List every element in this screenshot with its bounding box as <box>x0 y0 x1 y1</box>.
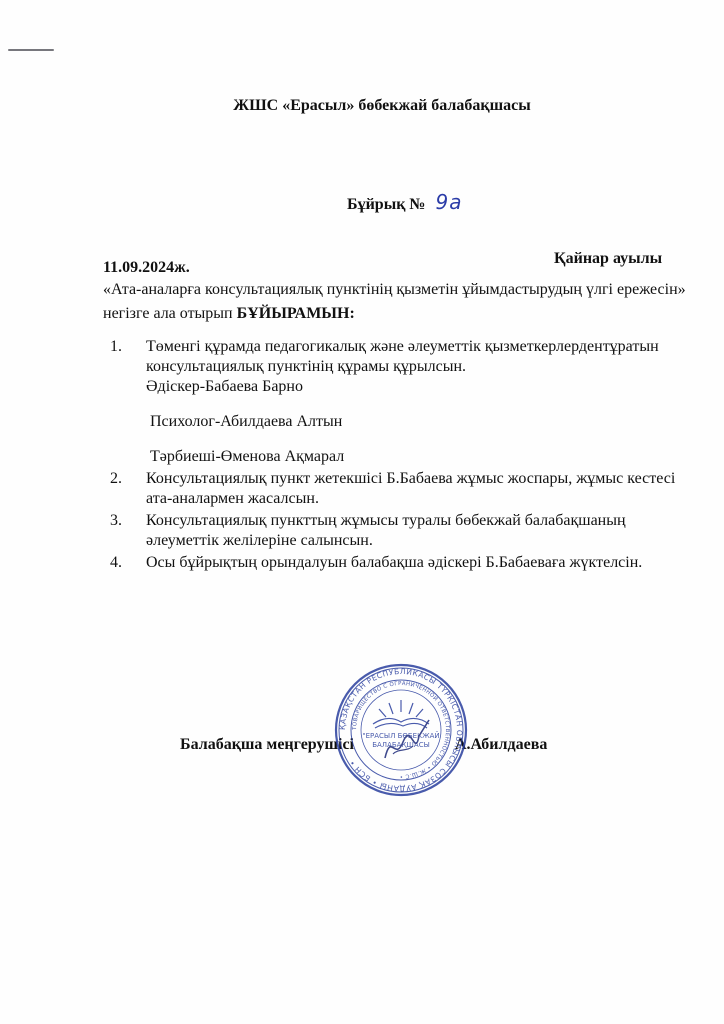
organization-title: ЖШС «Ерасыл» бөбекжай балабақшасы <box>0 97 724 115</box>
scan-artifact-line <box>8 49 54 51</box>
order-heading: Бұйрық № 9а <box>347 190 462 214</box>
order-number-handwritten: 9а <box>435 190 462 214</box>
document-page: ЖШС «Ерасыл» бөбекжай балабақшасы Бұйрық… <box>0 0 724 1024</box>
svg-text:"ЕРАСЫЛ БӨБЕКЖАЙ: "ЕРАСЫЛ БӨБЕКЖАЙ <box>362 731 439 740</box>
item-number: 4. <box>110 553 122 573</box>
staff-list: Әдіскер-Бабаева Барно Психолог-Абилдаева… <box>110 377 690 467</box>
preamble-text: «Ата-аналарға консультациялық пунктінің … <box>103 281 686 322</box>
item-number: 3. <box>110 511 122 531</box>
preamble: «Ата-аналарға консультациялық пунктінің … <box>103 278 693 326</box>
item-text: Консультациялық пункттың жұмысы туралы б… <box>146 512 626 549</box>
order-item: 1. Төменгі құрамда педагогикалық және әл… <box>110 337 690 377</box>
official-stamp-icon: ҚАЗАҚСТАН РЕСПУБЛИКАСЫ ТҮРКІСТАН ОБЛЫСЫ … <box>333 662 469 798</box>
order-date: 11.09.2024ж. <box>103 259 190 277</box>
item-text: Төменгі құрамда педагогикалық және әлеум… <box>146 338 659 375</box>
svg-text:ТОВАРИЩЕСТВО С ОГРАНИЧЕННОЙ ОТ: ТОВАРИЩЕСТВО С ОГРАНИЧЕННОЙ ОТВЕТСТВЕННО… <box>352 681 450 779</box>
item-text: Консультациялық пункт жетекшісі Б.Бабаев… <box>146 470 675 507</box>
signatory-role: Балабақша меңгерушісі <box>180 736 354 754</box>
order-item: 2. Консультациялық пункт жетекшісі Б.Баб… <box>110 469 690 509</box>
preamble-decree: БҰЙЫРАМЫН: <box>237 305 355 322</box>
staff-member: Әдіскер-Бабаева Барно <box>146 377 690 397</box>
item-number: 2. <box>110 469 122 489</box>
staff-member: Психолог-Абилдаева Алтын <box>146 412 690 432</box>
order-items: 1. Төменгі құрамда педагогикалық және әл… <box>110 337 690 573</box>
item-text: Осы бұйрықтың орындалуын балабақша әдіск… <box>146 554 642 571</box>
order-item: 3. Консультациялық пункттың жұмысы турал… <box>110 511 690 551</box>
order-item: 4. Осы бұйрықтың орындалуын балабақша әд… <box>110 553 690 573</box>
staff-member: Тәрбиеші-Өменова Ақмарал <box>146 447 690 467</box>
item-number: 1. <box>110 337 122 357</box>
order-label: Бұйрық № <box>347 196 425 213</box>
order-location: Қайнар ауылы <box>554 250 662 268</box>
